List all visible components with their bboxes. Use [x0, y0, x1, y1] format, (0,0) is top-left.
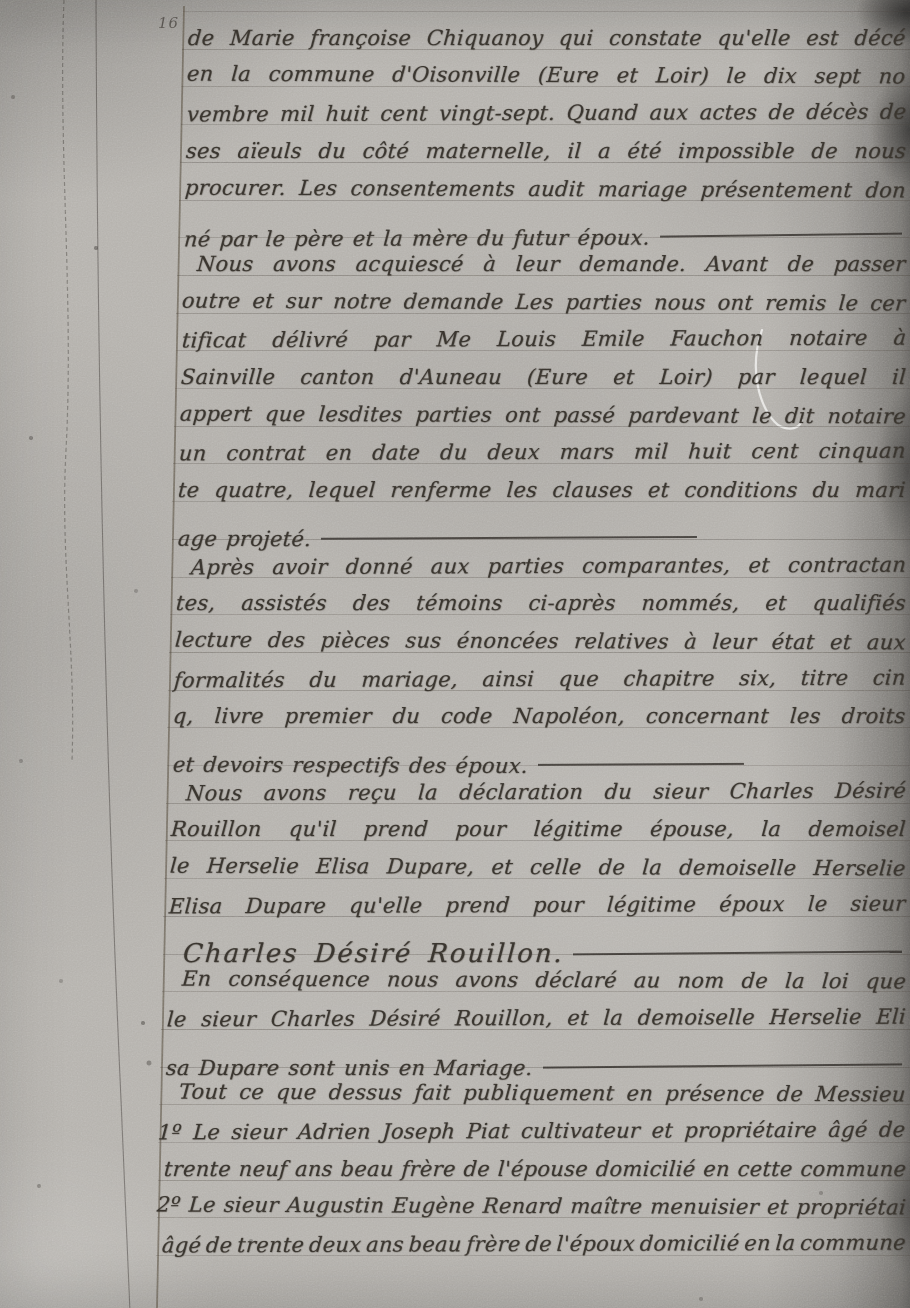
manuscript-line: uncontratendatedudeuxmarsmilhuitcentcinq… — [179, 433, 906, 473]
manuscript-line-text: tes,assistésdestémoinsci-aprèsnommés,etq… — [175, 585, 908, 621]
page-number: 16 — [158, 14, 179, 32]
manuscript-line: Rouillonqu'ilprendpourlégitimeépouse,lad… — [171, 811, 906, 848]
manuscript-line-text: outreetsurnotredemandeLespartiesnousontr… — [181, 282, 907, 321]
paragraph-filler-dash — [311, 509, 701, 547]
manuscript-line: leHerselieElisaDupare,etcelledelademoise… — [170, 848, 906, 888]
manuscript-line: ageprojeté. — [177, 508, 906, 548]
manuscript-line: lesieurCharlesDésiréRouillon,etlademoise… — [167, 998, 906, 1038]
manuscript-line-text: Sainvillecantond'Auneau(EureetLoir)parle… — [180, 359, 908, 395]
manuscript-line-text: appertquelesditespartiesontpassépardevan… — [179, 395, 908, 434]
manuscript-line: enlacommuned'Oisonville(EureetLoir)ledix… — [187, 56, 906, 96]
manuscript-line-text: tificatdélivréparMeLouisEmileFauchonnota… — [180, 320, 907, 359]
manuscript-line: Enconséquencenousavonsdéclaréaunomdelalo… — [182, 961, 906, 1001]
manuscript-line-text: q,livrepremierducodeNapoléon,concernantl… — [172, 698, 907, 734]
manuscript-line: Toutcequedessusfaitpubliquementenprésenc… — [179, 1074, 906, 1114]
manuscript-line: q,livrepremierducodeNapoléon,concernantl… — [173, 698, 906, 735]
manuscript-line: outreetsurnotredemandeLespartiesnousontr… — [182, 282, 906, 322]
manuscript-line: tes,assistésdestémoinsci-aprèsnommés,etq… — [176, 585, 906, 622]
manuscript-line: sesaïeulsducôtématernelle,ilaétéimpossib… — [186, 133, 906, 170]
paragraph-filler-dash — [563, 925, 906, 962]
manuscript-line: procurer.Lesconsentementsauditmariagepré… — [185, 169, 906, 209]
paragraph-filler-dash — [528, 736, 748, 774]
manuscript-line-text: uncontratendatedudeuxmarsmilhuitcentcinq… — [178, 433, 907, 472]
manuscript-line-text: trenteneufansbeaufrèredel'épousedomicili… — [162, 1151, 907, 1187]
manuscript-line-text: lecturedespiècessusénoncéesrelativesàleu… — [174, 621, 908, 660]
manuscript-line-text: sesaïeulsducôtématernelle,ilaétéimpossib… — [184, 133, 907, 169]
manuscript-line: appertquelesditespartiesontpassépardevan… — [180, 395, 906, 435]
manuscript-line-text: Nousavonsacquiescéàleurdemande.Avantdepa… — [196, 246, 907, 282]
manuscript-line: etdevoirsrespectifsdesépoux. — [173, 735, 907, 775]
manuscript-line: tequatre,lequelrenfermelesclausesetcondi… — [178, 472, 906, 509]
manuscript-line-text: Aprèsavoirdonnéauxpartiescomparantes,etc… — [189, 546, 907, 585]
manuscript-line-text: procurer.Lesconsentementsauditmariagepré… — [184, 169, 908, 208]
paragraph-filler-dash — [650, 207, 906, 245]
manuscript-page: 16 deMariefrançoiseChiquanoyquiconstateq… — [0, 0, 910, 1308]
manuscript-line-text: vembremilhuitcentvingt-sept.Quandauxacte… — [185, 94, 907, 133]
manuscript-line-text: deMariefrançoiseChiquanoyquiconstatequ'e… — [187, 20, 907, 56]
dust-specks — [0, 0, 2, 2]
manuscript-line-text: formalitésdumariage,ainsiquechapitresix,… — [173, 659, 907, 698]
manuscript-line: saDuparesontunisenMariage. — [166, 1038, 906, 1075]
manuscript-line-text: Enconséquencenousavonsdéclaréaunomdelalo… — [180, 961, 907, 1000]
manuscript-line-text: lesieurCharlesDésiréRouillon,etlademoise… — [166, 998, 907, 1037]
manuscript-line-text: âgédetrentedeuxansbeaufrèredel'épouxdomi… — [161, 1225, 907, 1264]
manuscript-line: 2ºLesieurAugustinEugèneRenardmaîtremenui… — [157, 1187, 906, 1227]
manuscript-line-text: tequatre,lequelrenfermelesclausesetcondi… — [177, 472, 907, 508]
manuscript-line: tificatdélivréparMeLouisEmileFauchonnota… — [182, 320, 907, 360]
manuscript-line: âgédetrentedeuxansbeaufrèredel'épouxdomi… — [162, 1225, 906, 1265]
manuscript-line-text: Rouillonqu'ilprendpourlégitimeépouse,lad… — [170, 811, 908, 847]
manuscript-line-text: leHerselieElisaDupare,etcelledelademoise… — [169, 848, 908, 887]
manuscript-line: vembremilhuitcentvingt-sept.Quandauxacte… — [186, 94, 906, 134]
manuscript-line: lecturedespiècessusénoncéesrelativesàleu… — [175, 621, 906, 661]
manuscript-line-text: enlacommuned'Oisonville(EureetLoir)ledix… — [186, 56, 907, 95]
manuscript-line: 1ºLesieurAdrienJosephPiatcultivateuretpr… — [158, 1112, 906, 1152]
manuscript-line-text: NousavonsreçuladéclarationdusieurCharles… — [185, 772, 908, 811]
manuscript-line: Aprèsavoirdonnéauxpartiescomparantes,etc… — [191, 546, 906, 586]
manuscript-line-text: ElisaDuparequ'elleprendpourlégitimeépoux… — [168, 885, 907, 924]
manuscript-line-text: 1ºLesieurAdrienJosephPiatcultivateuretpr… — [157, 1112, 907, 1151]
manuscript-line: formalitésdumariage,ainsiquechapitresix,… — [174, 659, 906, 699]
manuscript-line: Nousavonsacquiescéàleurdemande.Avantdepa… — [197, 246, 906, 283]
manuscript-line: ElisaDuparequ'elleprendpourlégitimeépoux… — [169, 885, 906, 925]
manuscript-line: Sainvillecantond'Auneau(EureetLoir)parle… — [181, 359, 906, 396]
manuscript-line: CharlesDésiréRouillon. — [183, 925, 907, 962]
ruled-line — [183, 11, 910, 12]
paragraph-filler-dash — [533, 1038, 906, 1075]
manuscript-line-text: 2ºLesieurAugustinEugèneRenardmaîtremenui… — [155, 1187, 907, 1226]
manuscript-line: NousavonsreçuladéclarationdusieurCharles… — [186, 772, 906, 812]
manuscript-line-text: Toutcequedessusfaitpubliquementenprésenc… — [178, 1074, 907, 1113]
manuscript-line: néparlepèreetlamèredufuturépoux. — [184, 207, 906, 247]
manuscript-line: deMariefrançoiseChiquanoyquiconstatequ'e… — [188, 20, 906, 57]
manuscript-line: trenteneufansbeaufrèredel'épousedomicili… — [164, 1151, 906, 1188]
